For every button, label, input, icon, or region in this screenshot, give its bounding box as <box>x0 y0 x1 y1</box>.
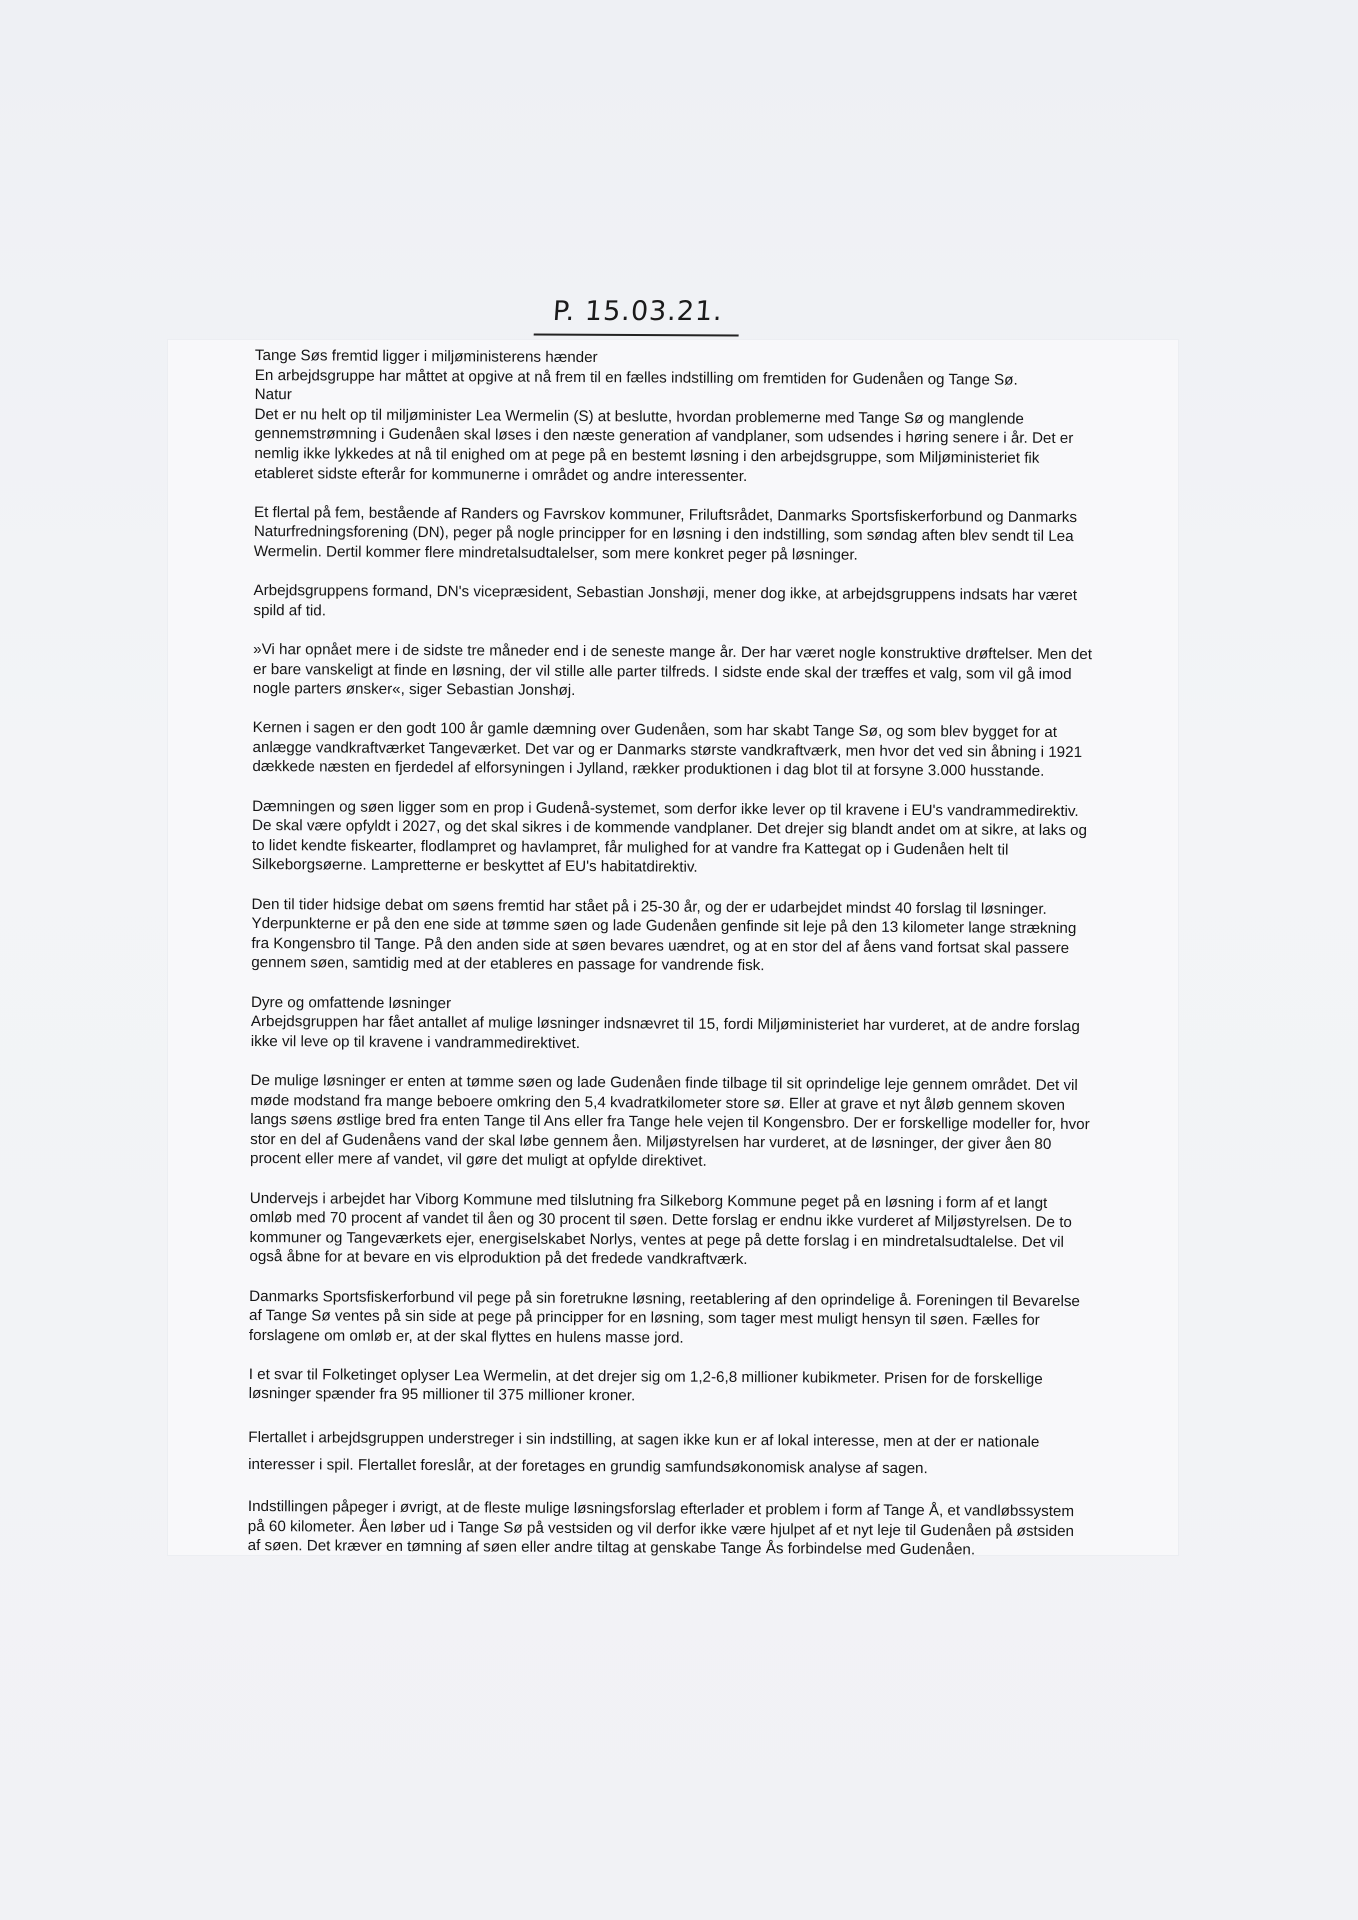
article-paragraph: Undervejs i arbejdet har Viborg Kommune … <box>249 1189 1089 1273</box>
handwritten-date-note: P. 15.03.21. <box>534 296 742 336</box>
article-paragraph: Indstillingen påpeger i øvrigt, at de fl… <box>248 1497 1088 1561</box>
article-paragraph: Dæmningen og søen ligger som en prop i G… <box>252 797 1092 881</box>
article-paragraph: Arbejdsgruppens formand, DN's vicepræsid… <box>253 581 1093 625</box>
article-paragraph: Et flertal på fem, bestående af Randers … <box>254 503 1094 567</box>
article-paragraph: Flertallet i arbejdsgruppen understreger… <box>248 1424 1088 1483</box>
article-subsection: Dyre og omfattende løsninger Arbejdsgrup… <box>251 993 1091 1057</box>
article-paragraph: Danmarks Sportsfiskerforbund vil pege på… <box>249 1286 1089 1350</box>
article-paragraph: De mulige løsninger er enten at tømme sø… <box>250 1071 1091 1174</box>
article-paragraph: Kernen i sagen er den godt 100 år gamle … <box>252 718 1092 782</box>
handwritten-note-text: P. 15.03.21. <box>552 296 724 327</box>
article-paragraph: Den til tider hidsige debat om søens fre… <box>251 895 1091 979</box>
article-paragraph: Arbejdsgruppen har fået antallet af muli… <box>251 1012 1091 1056</box>
article-body: Tange Søs fremtid ligger i miljøminister… <box>247 346 1094 1581</box>
article-header-block: Tange Søs fremtid ligger i miljøminister… <box>255 346 1095 410</box>
article-paragraph: Det er nu helt op til miljøminister Lea … <box>254 405 1094 489</box>
article-quote-paragraph: »Vi har opnået mere i de sidste tre måne… <box>253 640 1093 704</box>
article-paragraph: I et svar til Folketinget oplyser Lea We… <box>249 1365 1089 1409</box>
